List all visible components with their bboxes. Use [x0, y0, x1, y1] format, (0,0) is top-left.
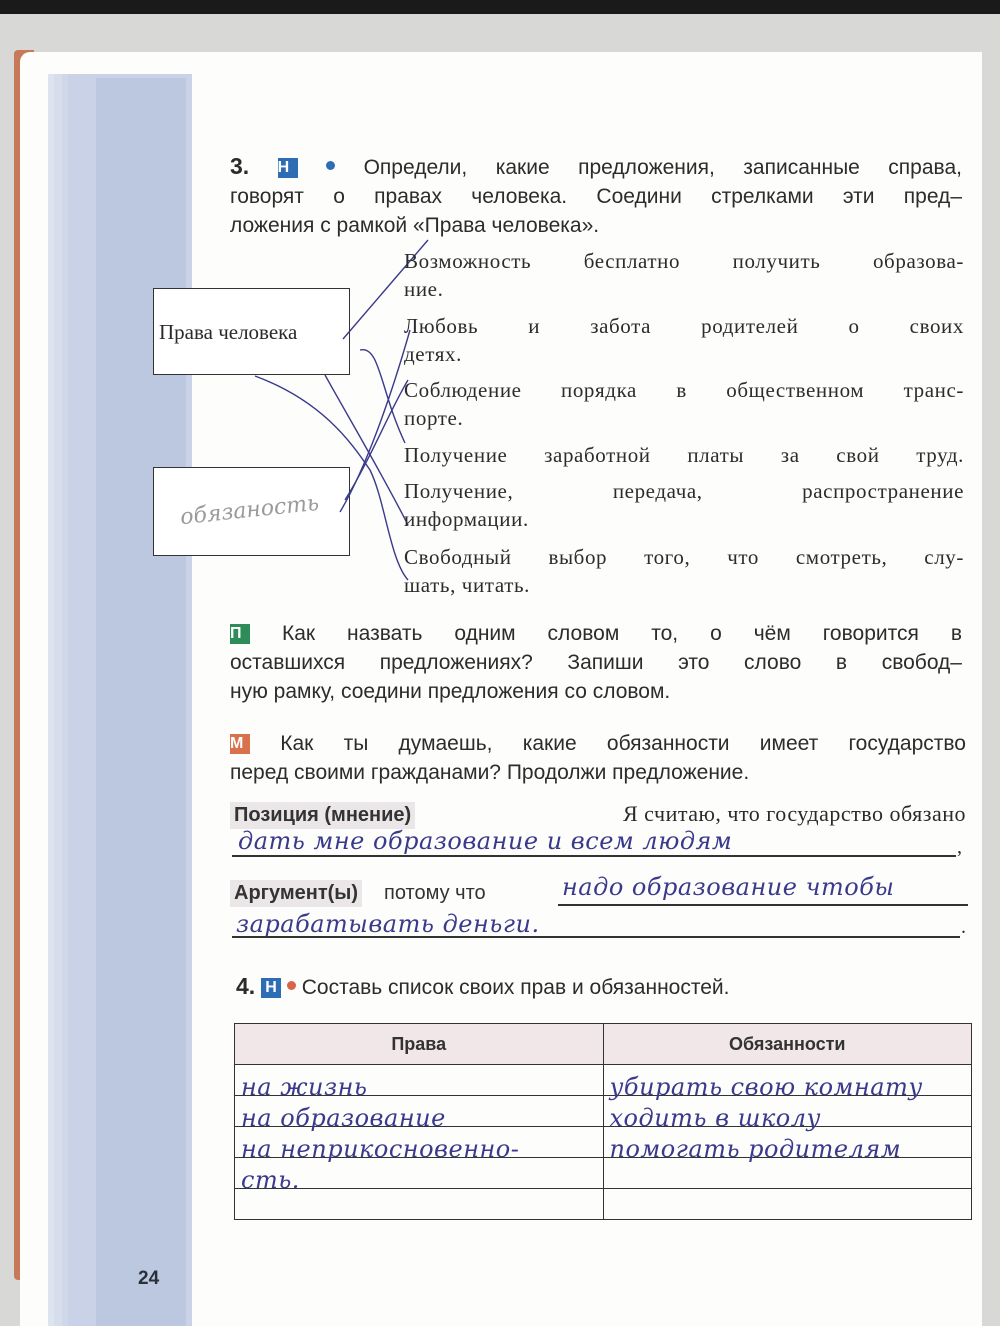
statement-3-line-1: Соблюдение порядка в общественном транс- [404, 376, 964, 404]
argument-line-2 [232, 936, 960, 938]
table-cell[interactable]: сть. [235, 1158, 604, 1189]
statement-5-line-1: Получение, передача, распространение [404, 477, 964, 505]
statement-3[interactable]: Соблюдение порядка в общественном транс-… [404, 376, 964, 432]
rights-duties-table: Права Обязанности на жизнь убирать свою … [234, 1023, 972, 1220]
statement-1-line-2: ние. [404, 275, 964, 303]
statement-4[interactable]: Получение заработной платы за свой труд. [404, 441, 964, 469]
argument-label: Аргумент(ы) [230, 880, 362, 907]
task4-instruction: 4. Н Составь список своих прав и обязанн… [236, 972, 976, 1002]
subtask-m: М Как ты думаешь, какие обязанности имее… [230, 729, 966, 787]
position-row: Позиция (мнение) Я считаю, что государст… [230, 801, 966, 829]
position-prompt: Я считаю, что государство обязано [623, 801, 966, 827]
statement-6-line-2: шать, читать. [404, 571, 964, 599]
table-row: на жизнь убирать свою комнату [235, 1065, 972, 1096]
argument-row: Аргумент(ы) потому что [230, 880, 486, 907]
statement-1-line-1: Возможность бесплатно получить образова- [404, 247, 964, 275]
statement-6-line-1: Свободный выбор того, что смотреть, слу- [404, 543, 964, 571]
subtask-m-line-2: перед своими гражданами? Продолжи предло… [230, 758, 966, 787]
statement-6[interactable]: Свободный выбор того, что смотреть, слу-… [404, 543, 964, 599]
statement-3-line-2: порте. [404, 404, 964, 432]
table-cell[interactable] [603, 1158, 972, 1189]
position-label: Позиция (мнение) [230, 802, 415, 829]
statement-4-line-1: Получение заработной платы за свой труд. [404, 441, 964, 469]
subtask-m-line-1: Как ты думаешь, какие обязанности имеет … [280, 732, 966, 755]
argument-answer-line-2[interactable]: зарабатывать деньги. [236, 910, 540, 938]
subtask-p: П Как назвать одним словом то, о чём гов… [230, 619, 962, 706]
argument-line-1 [558, 904, 968, 906]
table-row: сть. [235, 1158, 972, 1189]
table-cell[interactable]: на образование [235, 1096, 604, 1127]
table-cell[interactable]: на жизнь [235, 1065, 604, 1096]
statement-5-line-2: информации. [404, 505, 964, 533]
subtask-p-line-3: ную рамку, соедини предложения со словом… [230, 677, 962, 706]
statement-2-line-2: детях. [404, 340, 964, 368]
table-cell[interactable] [603, 1189, 972, 1220]
position-answer-line [232, 855, 956, 857]
badge-n-icon: Н [261, 978, 281, 998]
task4-text: Составь список своих прав и обязанностей… [302, 976, 730, 999]
table-cell[interactable]: на неприкосновенно- [235, 1127, 604, 1158]
statement-2-line-1: Любовь и забота родителей о своих [404, 312, 964, 340]
badge-m-icon: М [230, 734, 250, 754]
argument-period: . [961, 916, 966, 939]
subtask-p-line-2: оставшихся предложениях? Запиши это слов… [230, 648, 962, 677]
task4-number: 4. [236, 973, 255, 999]
statement-5[interactable]: Получение, передача, распространение инф… [404, 477, 964, 533]
header-duties: Обязанности [603, 1024, 972, 1065]
position-comma: , [957, 836, 962, 859]
page-number: 24 [138, 1268, 159, 1290]
table-cell[interactable]: ходить в школу [603, 1096, 972, 1127]
table-cell[interactable]: убирать свою комнату [603, 1065, 972, 1096]
statement-1[interactable]: Возможность бесплатно получить образова-… [404, 247, 964, 303]
argument-prompt: потому что [384, 882, 486, 905]
header-rights: Права [235, 1024, 604, 1065]
subtask-p-line-1: Как назвать одним словом то, о чём говор… [282, 622, 962, 645]
table-row: на образование ходить в школу [235, 1096, 972, 1127]
argument-answer-line-1[interactable]: надо образование чтобы [562, 873, 894, 901]
red-dot-icon [287, 981, 296, 990]
table-row [235, 1189, 972, 1220]
badge-p-icon: П [230, 624, 250, 644]
table-cell[interactable] [235, 1189, 604, 1220]
table-row: на неприкосновенно- помогать родителям [235, 1127, 972, 1158]
statement-2[interactable]: Любовь и забота родителей о своих детях. [404, 312, 964, 368]
position-answer[interactable]: дать мне образование и всем людям [238, 827, 732, 855]
table-cell[interactable]: помогать родителям [603, 1127, 972, 1158]
